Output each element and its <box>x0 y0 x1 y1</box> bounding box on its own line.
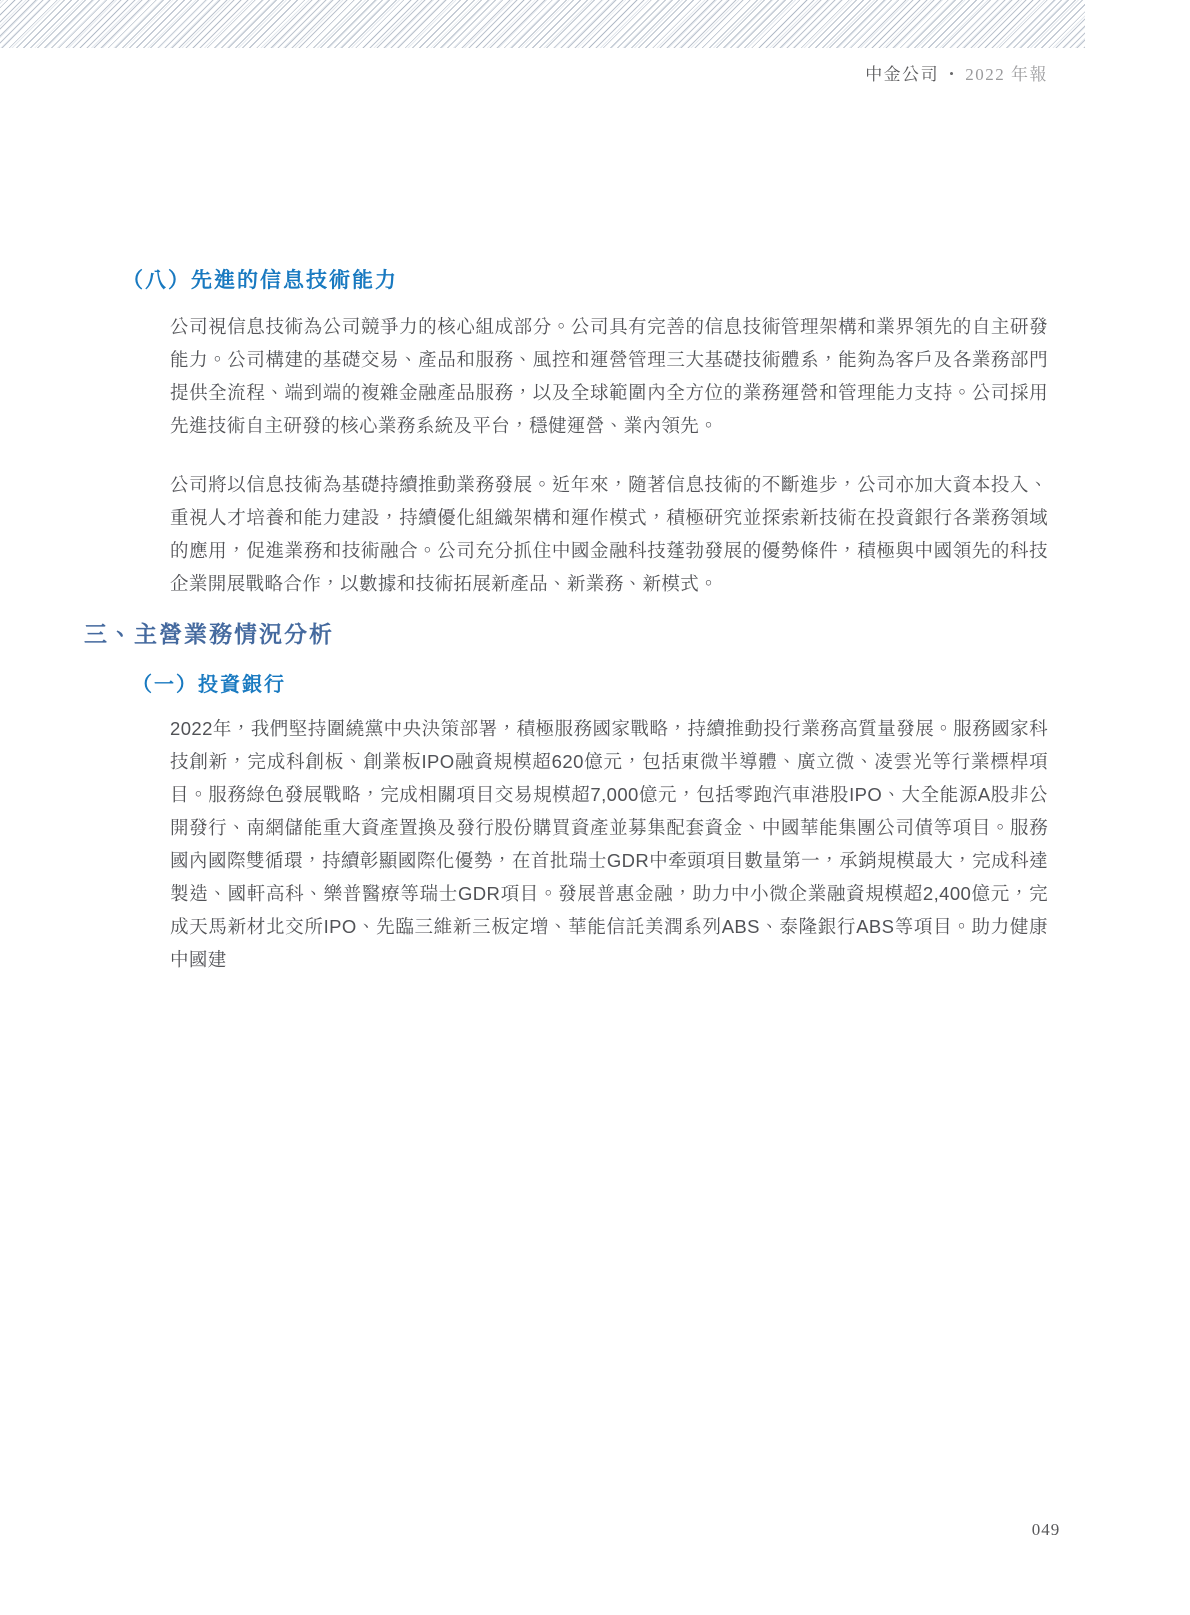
decorative-hatch-band <box>0 0 1085 48</box>
header-company-name: 中金公司 <box>865 65 939 84</box>
heading-section-3-main-business: 三、主營業務情況分析 <box>84 616 334 649</box>
paragraph-advanced-it-2: 公司將以信息技術為基礎持續推動業務發展。近年來，隨著信息技術的不斷進步，公司亦加… <box>170 468 1048 600</box>
heading-section-8-advanced-it: （八）先進的信息技術能力 <box>122 264 398 294</box>
paragraph-advanced-it-1: 公司視信息技術為公司競爭力的核心組成部分。公司具有完善的信息技術管理架構和業界領… <box>170 310 1048 442</box>
header-report-edition: 2022 年報 <box>965 65 1048 84</box>
paragraph-investment-banking-1: 2022年，我們堅持圍繞黨中央決策部署，積極服務國家戰略，持續推動投行業務高質量… <box>170 712 1048 976</box>
running-header: 中金公司•2022 年報 <box>0 60 1048 85</box>
document-page: 中金公司•2022 年報 （八）先進的信息技術能力 公司視信息技術為公司競爭力的… <box>0 0 1190 1615</box>
heading-subsection-1-investment-banking: （一）投資銀行 <box>132 668 286 697</box>
header-separator-dot: • <box>949 66 955 81</box>
page-number: 049 <box>1006 1520 1086 1540</box>
